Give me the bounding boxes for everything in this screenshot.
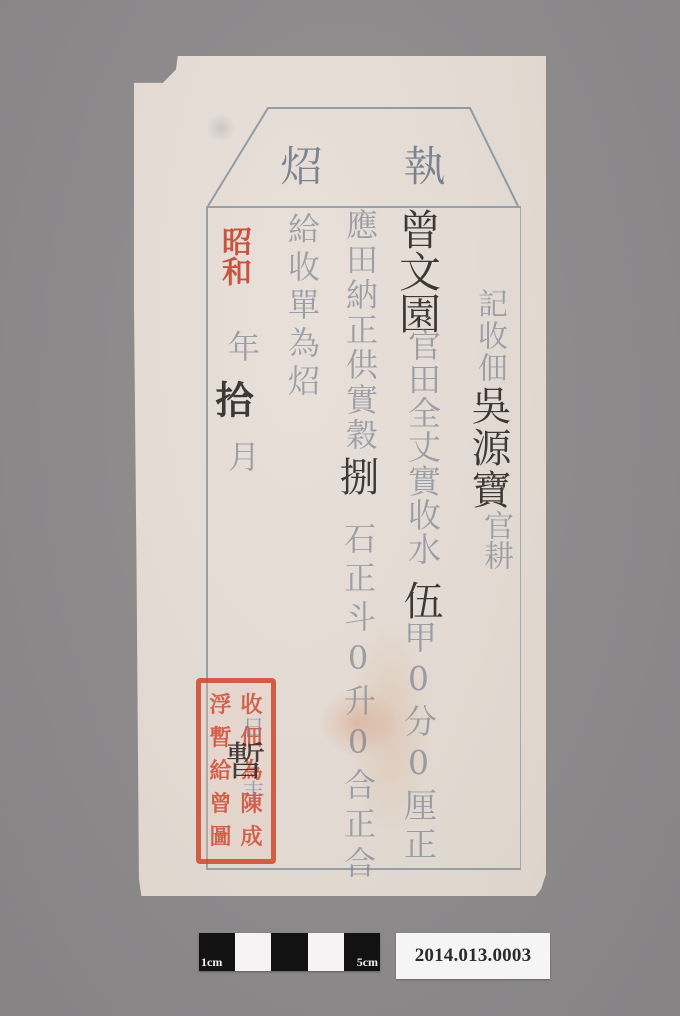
land-description: 官田全丈實收水 <box>406 328 439 566</box>
seal-signature: 暫 <box>214 740 271 780</box>
recipient-prefix: 記收佃 <box>474 288 504 384</box>
seal-char: 曾 <box>205 787 236 820</box>
seal-blue-marks: 日丰 <box>236 716 267 844</box>
recipient-suffix: 官耕 <box>480 510 510 570</box>
document-header: 炤 執 <box>206 106 520 208</box>
grain-amount-units: 石正斗0升0合正合 <box>342 522 374 885</box>
accession-number-label: 2014.013.0003 <box>396 933 550 979</box>
issue-note: 給收單為炤 <box>286 212 318 402</box>
date-era: 昭和 <box>218 226 248 286</box>
scale-segment-white <box>235 933 271 971</box>
grain-amount-number: 捌 <box>336 456 376 496</box>
date-year-label: 年 <box>226 330 258 362</box>
recipient-name: 吳源寶 <box>468 385 508 511</box>
land-area-number: 伍 <box>400 580 440 620</box>
date-month-number: 拾 <box>212 380 250 418</box>
seal-char: 浮 <box>205 689 236 722</box>
scale-segment-black: 1cm <box>199 933 235 971</box>
land-place: 曾文園 <box>396 208 438 334</box>
scale-bar: 1cm 5cm <box>199 933 380 971</box>
land-area-units: 甲0分0厘正 <box>402 620 435 866</box>
scale-label-1cm: 1cm <box>201 955 222 970</box>
date-month-label: 月 <box>226 440 258 472</box>
scale-label-5cm: 5cm <box>357 955 378 970</box>
seal-char: 圖 <box>205 820 236 853</box>
scale-segment-black: 5cm <box>344 933 380 971</box>
scale-segment-black <box>271 933 307 971</box>
grain-label: 應田納正供實穀 <box>344 208 376 453</box>
document-title: 炤 執 <box>206 134 520 194</box>
scale-segment-white <box>308 933 344 971</box>
